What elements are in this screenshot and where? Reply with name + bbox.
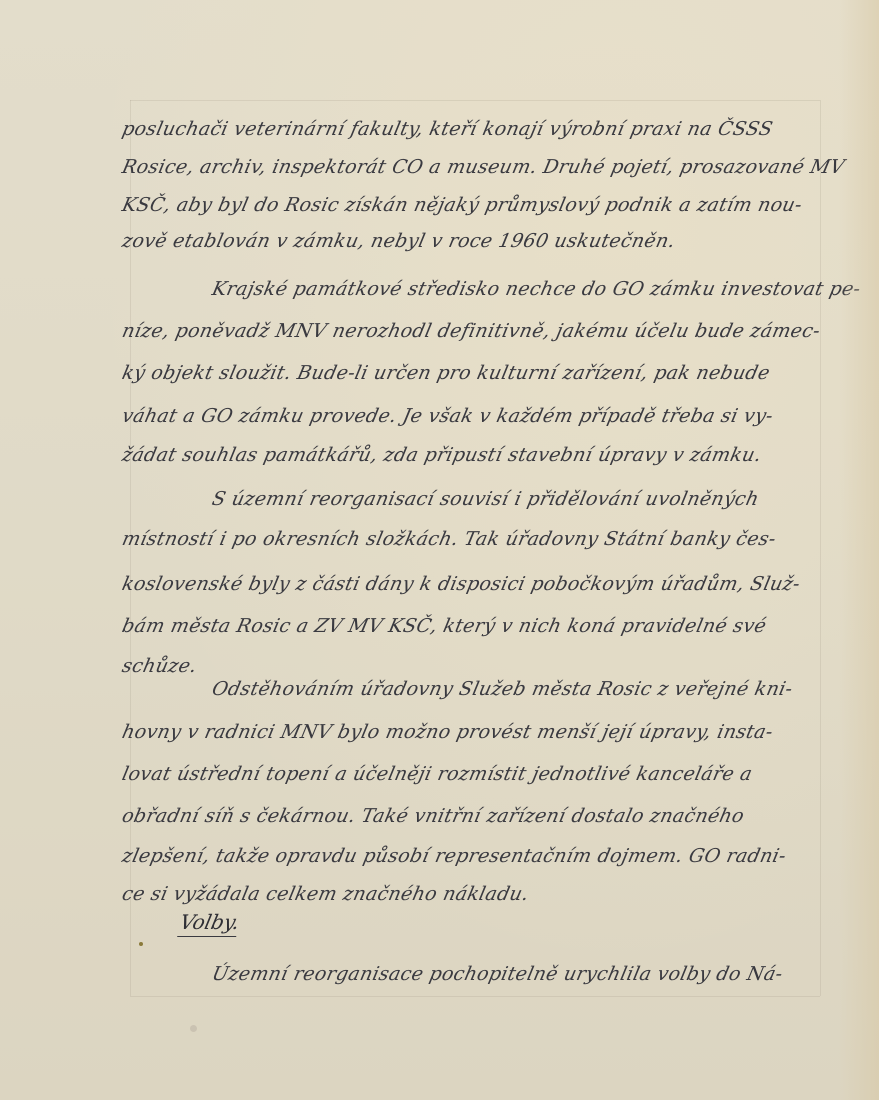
ruled-margin-right: [820, 100, 821, 996]
text-line-8: váhat a GO zámku provede. Je však v každ…: [120, 405, 775, 427]
text-line-3: KSČ, aby byl do Rosic získán nějaký prům…: [120, 194, 804, 216]
text-line-14: schůze.: [120, 655, 199, 677]
text-line-7: ký objekt sloužit. Bude-li určen pro kul…: [120, 362, 772, 384]
ruled-margin-top: [130, 100, 820, 101]
document-page: posluchači veterinární fakulty, kteří ko…: [0, 0, 879, 1100]
text-line-17: lovat ústřední topení a účelněji rozmíst…: [120, 763, 754, 785]
text-line-12: koslovenské byly z části dány k disposic…: [120, 573, 802, 595]
text-line-20: ce si vyžádala celkem značného nákladu.: [120, 883, 531, 905]
text-line-6: níze, poněvadž MNV nerozhodl definitivně…: [120, 320, 822, 342]
text-line-18: obřadní síň s čekárnou. Také vnitřní zař…: [120, 805, 746, 827]
text-line-15: Odstěhováním úřadovny Služeb města Rosic…: [210, 678, 795, 700]
text-line-13: bám města Rosic a ZV MV KSČ, který v nic…: [120, 615, 768, 637]
text-line-1: posluchači veterinární fakulty, kteří ko…: [120, 118, 775, 140]
text-line-11: místností i po okresních složkách. Tak ú…: [120, 528, 778, 550]
text-line-4: zově etablován v zámku, nebyl v roce 196…: [120, 230, 677, 252]
ruled-margin-bottom: [130, 996, 820, 997]
ink-spot: [139, 942, 143, 946]
text-line-16: hovny v radnici MNV bylo možno provést m…: [120, 721, 775, 743]
text-line-9: žádat souhlas památkářů, zda připustí st…: [120, 444, 764, 466]
paper-stain: [190, 1025, 197, 1032]
text-line-19: zlepšení, takže opravdu působí represent…: [120, 845, 788, 867]
text-line-5: Krajské památkové středisko nechce do GO…: [210, 278, 863, 300]
section-heading-volby: Volby.: [177, 910, 242, 937]
text-line-10: S územní reorganisací souvisí i přidělov…: [210, 488, 761, 510]
text-line-2: Rosice, archiv, inspektorát CO a museum.…: [120, 156, 847, 178]
text-line-21: Územní reorganisace pochopitelně urychli…: [210, 963, 785, 985]
